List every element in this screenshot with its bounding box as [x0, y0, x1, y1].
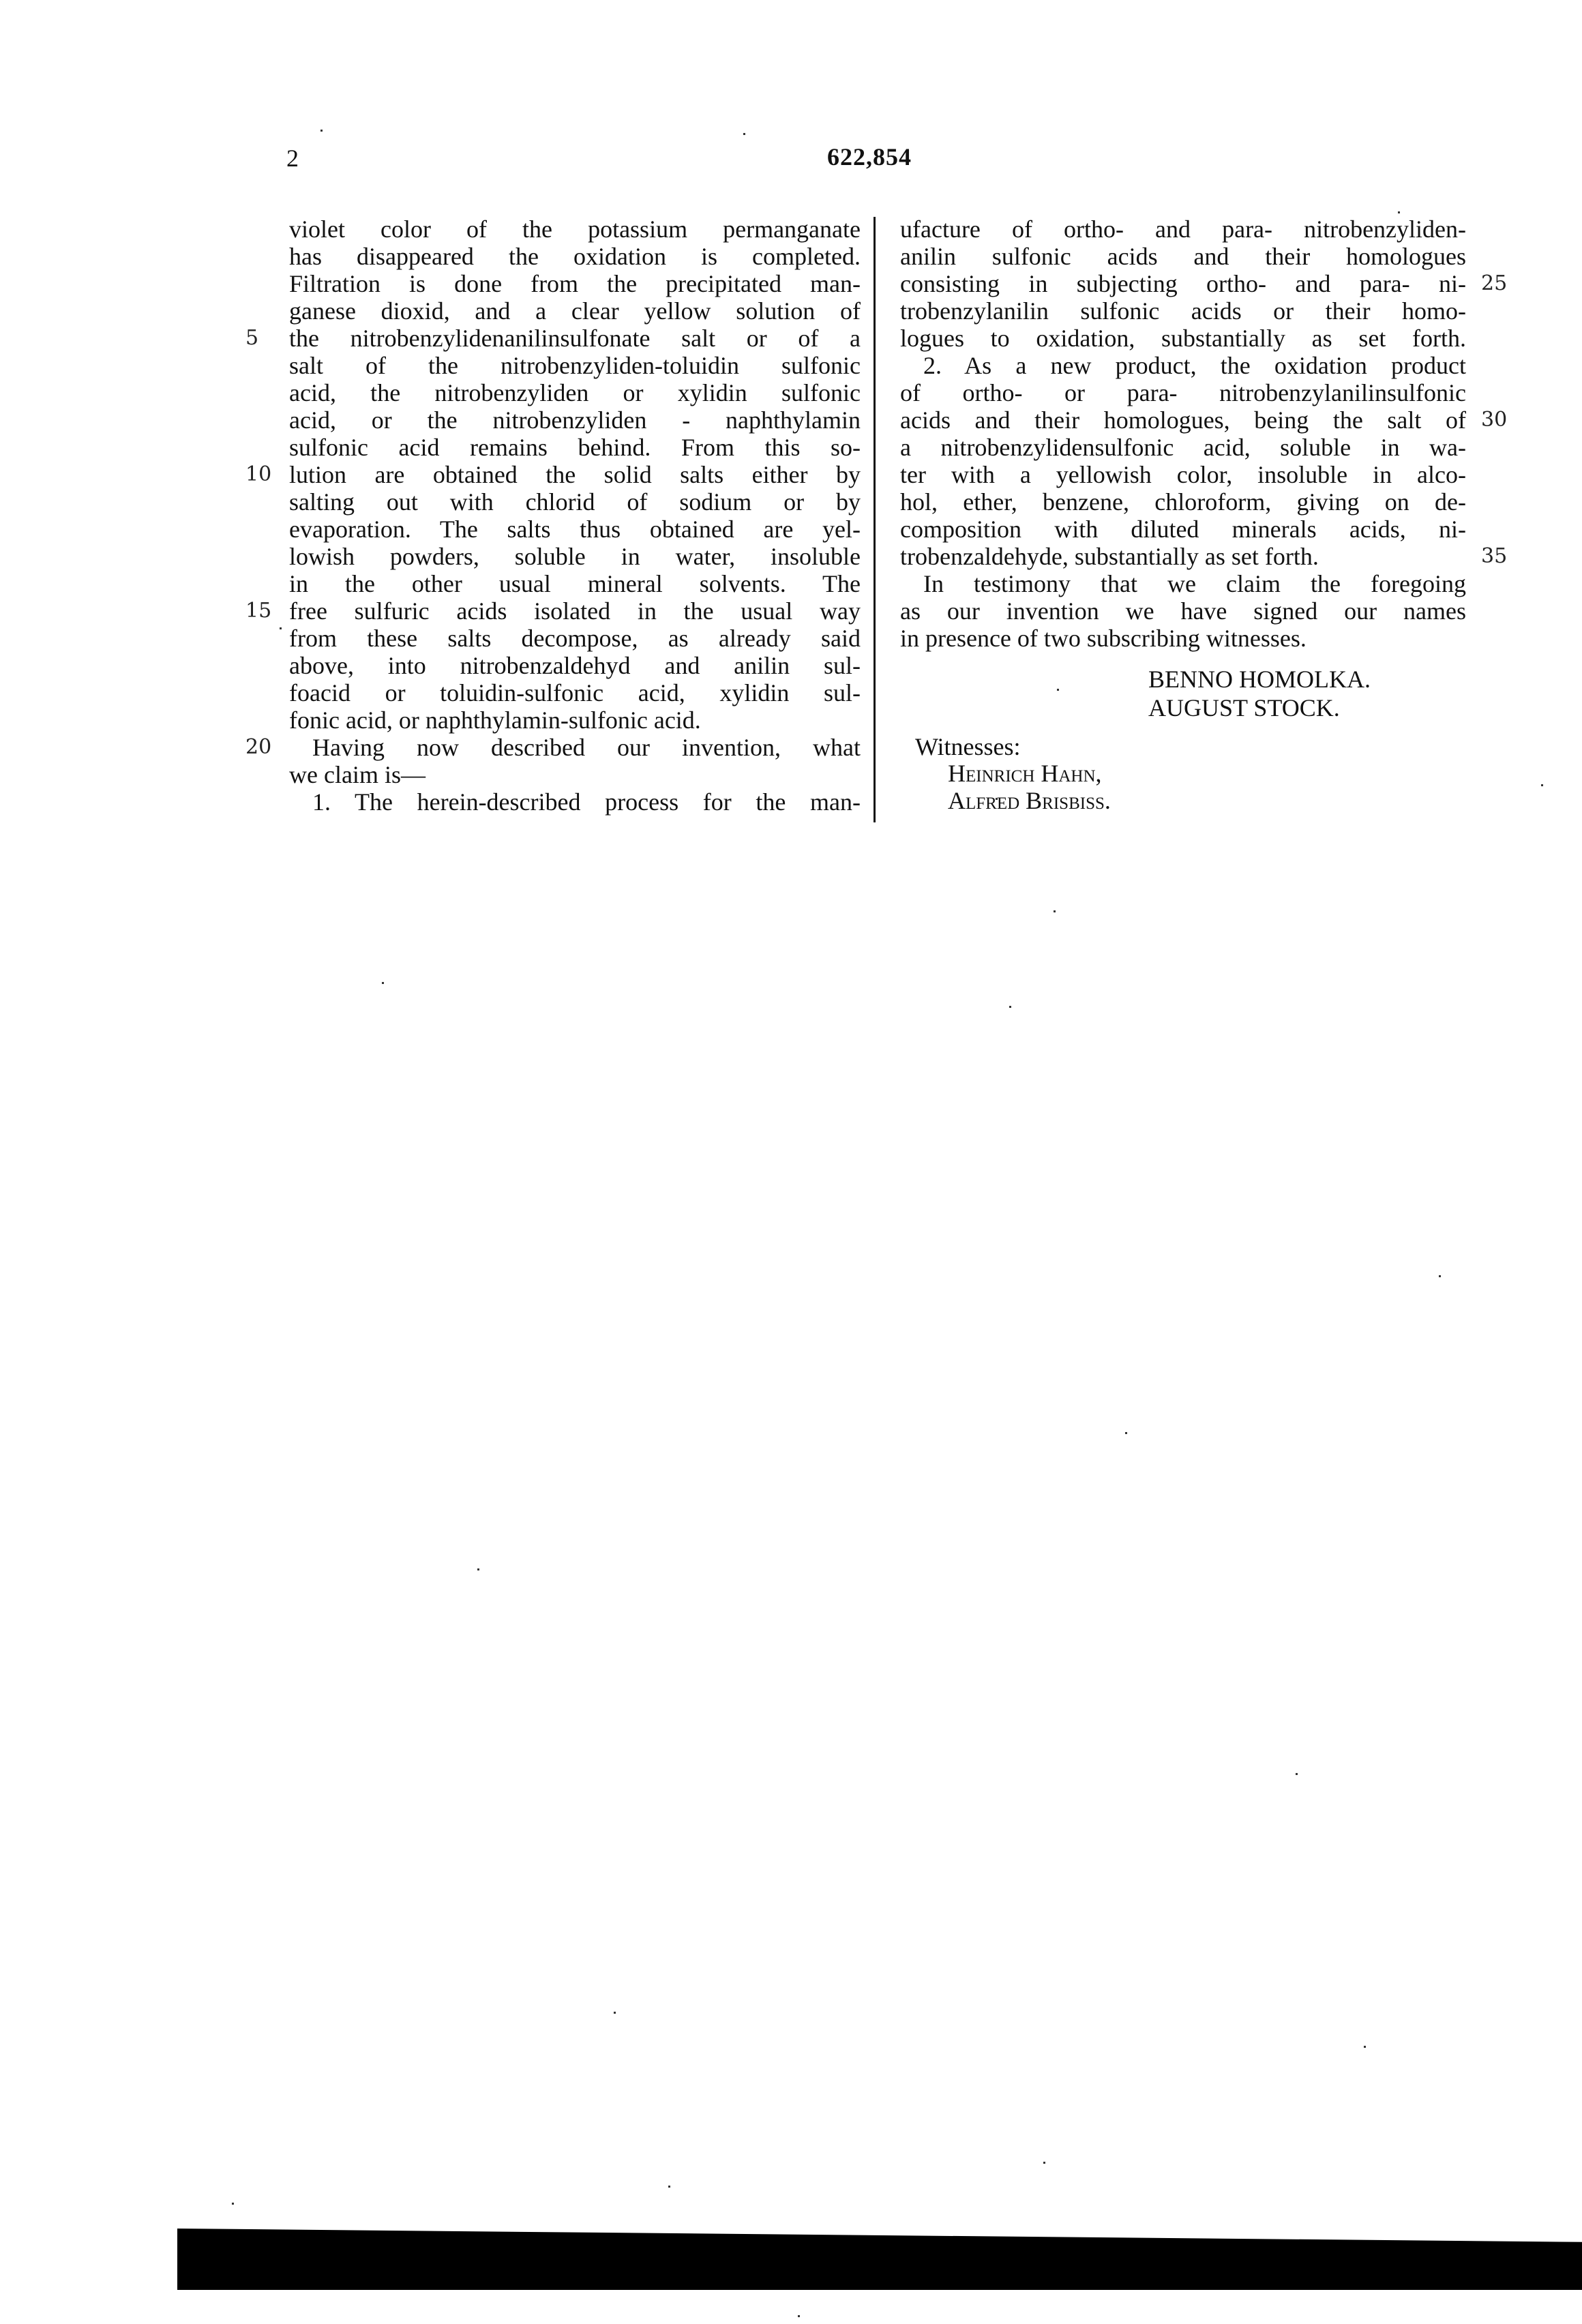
text-line-content: above, into nitrobenzaldehyd and anilin …	[289, 652, 861, 679]
scan-speck	[1057, 689, 1059, 691]
text-line: as our invention we have signed our name…	[900, 597, 1466, 625]
text-line-content: in presence of two subscribing witnesses…	[900, 625, 1307, 652]
column-divider	[874, 217, 876, 822]
scan-speck	[996, 798, 998, 800]
text-line: acid, or the nitrobenzyliden - naphthyla…	[289, 406, 861, 434]
text-line: in presence of two subscribing witnesses…	[900, 625, 1466, 652]
text-line-content: acid, or the nitrobenzyliden - naphthyla…	[289, 406, 861, 434]
witnesses-label: Witnesses:	[915, 733, 1021, 760]
text-line: 2. As a new product, the oxidation produ…	[900, 352, 1466, 379]
text-line-content: acids and their homologues, being the sa…	[900, 406, 1466, 434]
text-line-content: In testimony that we claim the foregoing	[923, 570, 1466, 597]
text-line-content: we claim is—	[289, 761, 426, 788]
scan-speck	[320, 130, 323, 132]
text-line: acid, the nitrobenzyliden or xylidin sul…	[289, 379, 861, 406]
text-line-content: salt of the nitrobenzyliden-toluidin sul…	[289, 352, 861, 379]
text-line: hol, ether, benzene, chloroform, giving …	[900, 488, 1466, 516]
margin-line-number: 35	[1481, 543, 1507, 570]
text-line: ter with a yellowish color, insoluble in…	[900, 461, 1466, 488]
margin-line-number: 15	[245, 597, 271, 625]
margin-line-number: 20	[245, 734, 271, 761]
text-line-content: composition with diluted minerals acids,…	[900, 516, 1466, 543]
scan-speck	[382, 982, 384, 984]
text-line: salting out with chlorid of sodium or by	[289, 488, 861, 516]
scan-speck	[1541, 784, 1543, 786]
text-line: In testimony that we claim the foregoing	[900, 570, 1466, 597]
scan-speck	[280, 627, 282, 629]
text-line: has disappeared the oxidation is complet…	[289, 243, 861, 270]
text-line-content: acid, the nitrobenzyliden or xylidin sul…	[289, 379, 861, 406]
text-line: a nitrobenzylidensulfonic acid, soluble …	[900, 434, 1466, 461]
text-line: sulfonic acid remains behind. From this …	[289, 434, 861, 461]
inventor-signature-2: AUGUST STOCK.	[1148, 694, 1340, 721]
text-line-content: 2. As a new product, the oxidation produ…	[923, 352, 1466, 379]
text-line: 1. The herein-described process for the …	[289, 788, 861, 816]
text-line: logues to oxidation, substantially as se…	[900, 325, 1466, 352]
text-line: salt of the nitrobenzyliden-toluidin sul…	[289, 352, 861, 379]
text-line: composition with diluted minerals acids,…	[900, 516, 1466, 543]
text-line: free sulfuric acids isolated in the usua…	[289, 597, 861, 625]
patent-number: 622,854	[822, 143, 917, 170]
margin-line-number: 5	[245, 325, 258, 352]
text-line: we claim is—	[289, 761, 861, 788]
scan-speck	[1125, 1432, 1127, 1434]
scan-speck	[1439, 1275, 1441, 1277]
scan-speck	[1043, 2162, 1045, 2164]
text-line-content: Having now described our invention, what	[312, 734, 861, 761]
text-line: lution are obtained the solid salts eith…	[289, 461, 861, 488]
scan-speck	[668, 2186, 670, 2188]
text-line-content: in the other usual mineral solvents. The	[289, 570, 861, 597]
text-line-content: Filtration is done from the precipitated…	[289, 270, 861, 297]
left-text-column: violet color of the potassium permangana…	[289, 215, 861, 816]
text-line: Filtration is done from the precipitated…	[289, 270, 861, 297]
text-line: from these salts decompose, as already s…	[289, 625, 861, 652]
text-line-content: violet color of the potassium permangana…	[289, 215, 861, 243]
text-line-content: of ortho- or para- nitrobenzylanilinsulf…	[900, 379, 1466, 406]
text-line: violet color of the potassium permangana…	[289, 215, 861, 243]
text-line-content: as our invention we have signed our name…	[900, 597, 1466, 625]
text-line: fonic acid, or naphthylamin-sulfonic aci…	[289, 706, 861, 734]
text-line-content: free sulfuric acids isolated in the usua…	[289, 597, 861, 625]
text-line-content: trobenzaldehyde, substantially as set fo…	[900, 543, 1319, 570]
margin-line-number: 10	[245, 461, 271, 488]
scan-speck	[1364, 2046, 1366, 2048]
text-line-content: lowish powders, soluble in water, insolu…	[289, 543, 861, 570]
scan-speck	[1398, 211, 1400, 213]
right-text-column: ufacture of ortho- and para- nitrobenzyl…	[900, 215, 1466, 652]
text-line: foacid or toluidin-sulfonic acid, xylidi…	[289, 679, 861, 706]
text-line-content: the nitrobenzylidenanilinsulfonate salt …	[289, 325, 861, 352]
text-line-content: consisting in subjecting ortho- and para…	[900, 270, 1466, 297]
text-line: lowish powders, soluble in water, insolu…	[289, 543, 861, 570]
text-line: anilin sulfonic acids and their homologu…	[900, 243, 1466, 270]
text-line: the nitrobenzylidenanilinsulfonate salt …	[289, 325, 861, 352]
text-line-content: anilin sulfonic acids and their homologu…	[900, 243, 1466, 270]
text-line-content: logues to oxidation, substantially as se…	[900, 325, 1466, 352]
witness-signature-1: Heinrich Hahn,	[948, 760, 1102, 787]
text-line: of ortho- or para- nitrobenzylanilinsulf…	[900, 379, 1466, 406]
page-number: 2	[286, 145, 299, 172]
text-line: Having now described our invention, what…	[289, 734, 861, 761]
text-line: evaporation. The salts thus obtained are…	[289, 516, 861, 543]
text-line: trobenzaldehyde, substantially as set fo…	[900, 543, 1466, 570]
text-line-content: lution are obtained the solid salts eith…	[289, 461, 861, 488]
scan-edge-black-bar	[177, 2229, 1582, 2290]
text-line-content: ganese dioxid, and a clear yellow soluti…	[289, 297, 861, 325]
text-line-content: salting out with chlorid of sodium or by	[289, 488, 861, 516]
text-line-content: has disappeared the oxidation is complet…	[289, 243, 861, 270]
scan-speck	[232, 2203, 234, 2205]
scan-speck	[477, 1568, 479, 1570]
text-line-content: trobenzylanilin sulfonic acids or their …	[900, 297, 1466, 325]
scan-speck	[614, 2012, 616, 2014]
text-line-content: evaporation. The salts thus obtained are…	[289, 516, 861, 543]
margin-line-number: 25	[1481, 270, 1507, 297]
text-line-content: a nitrobenzylidensulfonic acid, soluble …	[900, 434, 1466, 461]
scan-speck	[1296, 1773, 1298, 1775]
scan-speck	[743, 133, 745, 135]
scan-speck	[1054, 910, 1056, 912]
text-line-content: ufacture of ortho- and para- nitrobenzyl…	[900, 215, 1466, 243]
text-line-content: hol, ether, benzene, chloroform, giving …	[900, 488, 1466, 516]
text-line: in the other usual mineral solvents. The	[289, 570, 861, 597]
margin-line-number: 30	[1481, 406, 1507, 434]
witness-signature-2: Alfred Brisbiss.	[948, 787, 1111, 814]
text-line: above, into nitrobenzaldehyd and anilin …	[289, 652, 861, 679]
scan-speck	[798, 2315, 800, 2317]
text-line: acids and their homologues, being the sa…	[900, 406, 1466, 434]
text-line-content: 1. The herein-described process for the …	[312, 788, 861, 816]
inventor-signature-1: BENNO HOMOLKA.	[1148, 666, 1371, 693]
text-line-content: foacid or toluidin-sulfonic acid, xylidi…	[289, 679, 861, 706]
text-line: trobenzylanilin sulfonic acids or their …	[900, 297, 1466, 325]
text-line-content: sulfonic acid remains behind. From this …	[289, 434, 861, 461]
text-line: ufacture of ortho- and para- nitrobenzyl…	[900, 215, 1466, 243]
text-line-content: fonic acid, or naphthylamin-sulfonic aci…	[289, 706, 701, 734]
text-line: ganese dioxid, and a clear yellow soluti…	[289, 297, 861, 325]
scan-speck	[1009, 1006, 1011, 1008]
text-line-content: ter with a yellowish color, insoluble in…	[900, 461, 1466, 488]
text-line: consisting in subjecting ortho- and para…	[900, 270, 1466, 297]
text-line-content: from these salts decompose, as already s…	[289, 625, 861, 652]
